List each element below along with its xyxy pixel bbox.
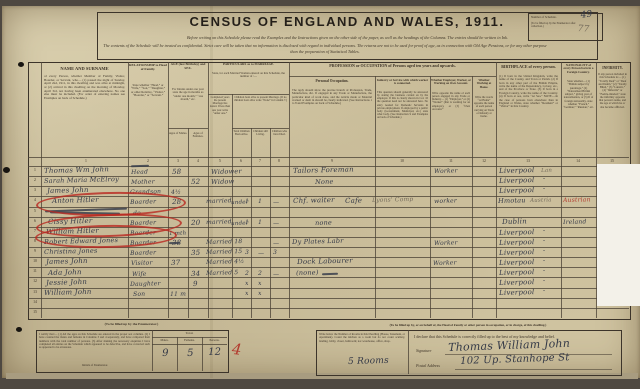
entry-marital: married [206,197,232,205]
entry-birthplace-note: ″ [543,250,545,256]
schedule-number-sublabel: (To be filled up by the Enumerator after… [531,22,583,28]
schedule-number-ink: 49 [580,9,593,21]
entry-marital: Married 18 [206,238,242,246]
entry-occupation: Tailors Foreman [293,165,354,175]
entry-birthplace-note: ″ [543,290,545,296]
entry-birthplace: Liverpool [499,166,534,175]
entry-age: 37 [171,259,181,267]
entry-nationality: Ireland [563,218,587,226]
col-number: 2 [142,159,154,163]
females-label: Females. [177,339,202,342]
enumerator-initials-label: Initials of Enumerator. [55,364,135,367]
col-header-infirmity: INFIRMITY. [597,66,628,70]
col-header-children-died: Children who have Died. [270,130,289,156]
census-form-scan: CENSUS OF ENGLAND AND WALES, 1911. Befor… [0,0,640,389]
entry-age: 34 [191,270,201,278]
schedule-number-label: Number of Schedule. [531,16,579,19]
grid-line [28,186,629,187]
row-number: 13 [29,290,41,294]
signature-label: Signature [416,349,446,353]
entry-relationship: Mother [131,178,155,186]
col-header-relationship: RELATIONSHIP to Head of Family. [129,64,167,72]
entry-children-living: — [258,250,264,257]
row-number: 3 [29,188,41,192]
form-title: CENSUS OF ENGLAND AND WALES, 1911. [97,15,597,30]
col-number: 10 [396,159,408,163]
entry-name: James John [46,257,88,266]
entry-employer: Worker [434,239,458,247]
entry-relationship: Son [133,291,145,298]
entry-marital: Married 15 [206,248,242,256]
row-number: 12 [29,279,41,283]
col-body-at-home: Write the words “At Home” opposite the n… [473,96,495,152]
col-header-industry: Industry or Service with which worker is… [376,79,429,86]
col-body-age: For Infants under one year state the age… [169,88,207,126]
col-number: 4 [192,159,204,163]
total-persons: 12 [208,347,221,358]
entry-relationship: Daughter [130,280,161,288]
entry-children-born: 1 [245,198,249,205]
col-header-at-home: Whether Working at Home. [473,79,495,89]
col-number: 12 [478,159,490,163]
col-header-personal-occupation: Personal Occupation. [291,79,373,83]
col-body-infirmity: If any person included in this Schedule … [598,73,627,153]
entry-marital: Widower [211,167,242,176]
entry-name: Thomas Wm John [44,165,109,175]
totals-header: Total. [152,332,227,336]
entry-children-died: — [273,240,279,247]
schedule-number-pencil: 77 [577,24,590,35]
entry-birthplace-note: Lan [541,168,552,174]
males-label: Males. [152,339,177,342]
red-check-mark: 4 [231,340,243,359]
col-body-employer: Write opposite the name of each person e… [432,92,470,152]
grid-line [28,277,629,278]
entry-children-born: x [245,280,249,287]
grid-line [496,62,497,318]
col-number: 6 [235,159,247,163]
col-header-age-males: Ages of Males. [168,132,188,135]
col-body-birthplace: (1) If born in the United Kingdom, write… [499,75,558,153]
entry-marital: Widow [211,177,234,186]
entry-industry: Lyons' Comp [372,196,413,204]
entry-birthplace: Liverpool [499,258,534,267]
col-body-nationality: State whether— (1) “British subject by p… [563,80,594,152]
col-number: 9 [326,159,338,163]
crossed-out-word [169,242,180,244]
col-header-marriage: PARTICULARS as to MARRIAGE. [209,63,288,67]
grid-line [28,298,629,299]
grid-line [232,128,289,129]
entry-birthplace-note: ″ [543,270,545,276]
entry-occupation: None [315,178,334,186]
entry-birthplace: Liverpool [499,176,534,185]
rooms-value: 5 Rooms [348,356,389,367]
entry-birthplace: Liverpool [499,248,534,257]
entry-birthplace: Liverpool [499,278,534,287]
address-line [455,369,612,370]
entry-birthplace: Liverpool [499,228,534,237]
col-header-age-females: Ages of Females. [188,132,208,139]
col-header-children-born: Total Children Born Alive. [232,130,251,156]
entry-birthplace: Liverpool [499,288,534,297]
row-number: 14 [29,300,41,304]
row-number: 15 [29,310,41,314]
entry-birthplace-note: ″ [543,188,545,194]
entry-name: William John [44,288,92,297]
col-body-name: of every Person, whether Member of Famil… [44,75,125,153]
grid-line [561,62,562,318]
col-number: 3 [172,159,184,163]
instruction-line-2: The contents of the Schedule will be tre… [30,44,620,49]
grid-line [289,76,496,77]
grid-line [168,128,208,129]
entry-children-living: 1 [258,219,262,226]
col-body-industry: This question should generally be answer… [377,91,428,153]
grid-line [430,76,431,318]
entry-occupation: Dock Labourer [297,257,353,266]
entry-occupation: none [315,219,332,227]
entry-employer: worker [434,197,457,205]
entry-children-living: x [258,290,262,297]
declaration-strip-label: (To be filled up by, or on behalf of, th… [316,324,620,328]
entry-marital: Married 5 [206,269,238,277]
entry-occupation: Chf. waiter [293,196,335,205]
grid-line [152,344,227,345]
col-number: 15 [606,159,618,163]
col-number: 11 [445,159,457,163]
grid-line [208,94,289,95]
entry-age: 20 [191,219,201,227]
entry-age: 4½ [171,189,181,196]
col-number: 8 [273,159,285,163]
col-header-birthplace: BIRTHPLACE of every person. [497,65,560,69]
entry-name: Jessie John [46,278,87,287]
col-number: 7 [254,159,266,163]
col-header-occupation-group: PROFESSION or OCCUPATION of Persons aged… [290,64,495,68]
entry-birthplace-note: Austria [530,197,552,204]
entry-birthplace-note: ″ [543,260,545,266]
col-header-employer: Whether Employer, Worker, or Working on … [431,79,471,86]
entry-children-born: 3 [245,249,249,256]
entry-birthplace: Dublin [502,217,527,226]
total-females: 5 [187,348,194,359]
entry-relationship: Head [131,169,148,176]
grid-line [408,330,409,374]
col-number: 5 [214,159,226,163]
enumerator-certify-text: I certify that:— (1) All the ages on thi… [39,333,150,363]
entry-age: 35 [191,249,201,257]
col-body-relationship: State whether “Head,” or “Wife,” “Son,” … [130,84,166,150]
total-males: 9 [162,348,169,359]
entry-birthplace: Liverpool [499,238,534,247]
entry-nationality: Austrian [563,196,591,204]
grid-line [128,62,129,318]
col-number: 13 [522,159,534,163]
col-header-age: AGE (last Birthday) and SEX. [169,63,207,70]
entry-children-living: 1 [258,198,262,205]
rooms-note: Write below the Number of Rooms in this … [319,333,405,357]
row-number: 10 [29,259,41,263]
entry-relationship: Boarder [130,249,156,257]
row-number: 11 [29,269,41,273]
entry-employer: Worker [433,259,457,267]
grid-line [28,308,629,309]
col-number: 14 [572,159,584,163]
entry-birthplace: Liverpool [499,186,534,195]
entry-birthplace: Liverpool [499,268,534,277]
entry-children-living: 2 [258,270,262,277]
entry-birthplace-note: ″ [543,240,545,246]
entry-children-died: — [273,220,279,227]
entry-age: 52 [191,178,201,186]
row-number: 1 [29,168,41,172]
punch-hole [3,167,10,173]
row-number: 2 [29,178,41,182]
grid-line [289,62,290,318]
entry-relationship: Wife [132,271,147,278]
address-label: Postal Address [416,364,466,368]
entry-birthplace-note: ″ [543,230,545,236]
col-header-marriage-years: Completed years the present Marriage has… [209,96,231,154]
entry-employer: Worker [434,167,458,175]
col-body-marriage: State, for each Married Woman entered on… [212,72,285,92]
punch-hole [16,327,22,332]
instruction-line-3: than the preparation of Statistical Tabl… [200,50,450,55]
punch-hole [18,62,24,67]
entry-children-died: 3 [273,249,277,256]
col-header-nationality: NATIONALITY of every Person born in a Fo… [562,64,595,74]
entry-children-born: 2 [245,270,249,277]
entry-birthplace: Hmotau [498,196,526,205]
redaction-patch [597,164,640,306]
entry-relationship: Visitor [131,259,153,267]
persons-label: Persons. [202,339,227,342]
entry-children-died: — [273,271,279,278]
row-number: 5 [29,209,41,213]
col-number: 1 [80,159,92,163]
entry-children-living: x [258,280,262,287]
row-number: 9 [29,249,41,253]
entry-birthplace-note: ″ [543,280,545,286]
grid-line [28,157,629,158]
grid-line [41,62,42,318]
enumerator-strip-label: (To be filled up by the Enumerator.) [36,323,227,327]
entry-occupation-note: Cafe [345,197,362,205]
col-header-name: NAME AND SURNAME [44,66,125,71]
entry-age: 9 [193,280,198,288]
entry-age: 58 [172,168,182,176]
entry-marital: Married 4½ [206,258,244,266]
entry-age: 11 m [170,291,186,298]
entry-marital: married [206,218,232,226]
grid-line [28,267,629,268]
col-body-personal-occupation: The reply should show the precise branch… [292,89,372,153]
entry-children-born: 1 [245,219,249,226]
entry-children-died: — [273,199,279,206]
row-number: 6 [29,219,41,223]
entry-children-born: x [245,290,249,297]
entry-occupation: Dy Plates Labr [292,237,344,246]
entry-name: Ada John [48,268,82,277]
grid-line [28,288,629,289]
entry-occupation: (none) [296,268,319,277]
col-header-children-living: Children still Living. [251,130,270,156]
entry-birthplace-note: ″ [543,178,545,184]
instruction-line-1: Before writing on this Schedule please r… [115,36,580,41]
col-header-children: Children born alive to present Marriage.… [233,96,288,126]
